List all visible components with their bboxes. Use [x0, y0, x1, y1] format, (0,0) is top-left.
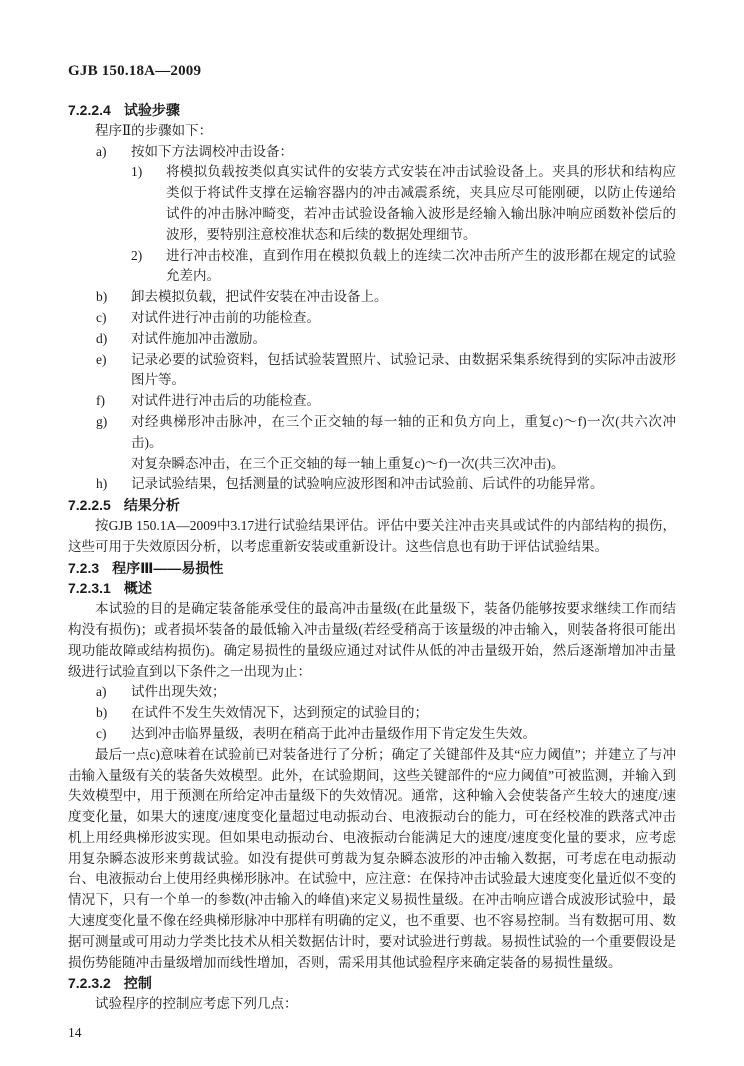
list-item-text: 记录必要的试验资料，包括试验装置照片、试验记录、由数据采集系统得到的实际冲击波形… [131, 352, 676, 388]
standard-number: GJB 150.18A—2009 [68, 62, 676, 80]
list-marker: d) [96, 329, 107, 350]
section-number: 7.2.2.5 [68, 497, 111, 513]
list-item-text: 对试件进行冲击后的功能检查。 [131, 393, 320, 408]
list-item-text: 将模拟负载按类似真实试件的安装方式安装在冲击试验设备上。夹具的形状和结构应类似于… [166, 164, 676, 241]
list-item-a-1: 1)将模拟负载按类似真实试件的安装方式安装在冲击试验设备上。夹具的形状和结构应类… [68, 162, 676, 245]
list-item-text: 在试件不发生失效情况下，达到预定的试验目的； [131, 705, 428, 720]
list-marker: a) [96, 682, 107, 703]
section-heading-7-2-3-2: 7.2.3.2控制 [68, 973, 676, 994]
list-item-f: f)对试件进行冲击后的功能检查。 [68, 391, 676, 412]
list-marker: f) [96, 391, 105, 412]
list-item-text: 对试件进行冲击前的功能检查。 [131, 310, 320, 325]
list-item-text: 对经典梯形冲击脉冲，在三个正交轴的每一轴的正和负方向上，重复c)～f)一次(共六… [131, 414, 676, 450]
paragraph-control-intro: 试验程序的控制应考虑下列几点： [68, 994, 676, 1015]
list-item-text: 卸去模拟负载，把试件安装在冲击设备上。 [131, 289, 388, 304]
list-item-h: h)记录试验结果，包括测量的试验响应波形图和冲击试验前、后试件的功能异常。 [68, 474, 676, 495]
paragraph-results-analysis: 按GJB 150.1A—2009中3.17进行试验结果评估。评估中要关注冲击夹具… [68, 516, 676, 558]
section-number: 7.2.3 [68, 560, 99, 576]
condition-item-b: b)在试件不发生失效情况下，达到预定的试验目的； [68, 703, 676, 724]
section-number: 7.2.3.1 [68, 580, 111, 596]
section-title: 控制 [124, 975, 152, 991]
list-item-text: 达到冲击临界量级，表明在稍高于此冲击量级作用下肯定发生失效。 [131, 726, 536, 741]
list-item-text: 试件出现失效； [131, 684, 226, 699]
list-marker: b) [96, 287, 107, 308]
list-item-b: b)卸去模拟负载，把试件安装在冲击设备上。 [68, 287, 676, 308]
list-marker: c) [96, 308, 107, 329]
paragraph-vulnerability: 最后一点c)意味着在试验前已对装备进行了分析；确定了关键部件及其“应力阈值”；并… [68, 745, 676, 974]
paragraph-procedure2-intro: 程序Ⅱ的步骤如下： [68, 121, 676, 142]
list-marker: a) [96, 142, 107, 163]
section-number: 7.2.2.4 [68, 102, 111, 118]
list-item-a: a)按如下方法调校冲击设备： [68, 142, 676, 163]
list-item-e: e)记录必要的试验资料，包括试验装置照片、试验记录、由数据采集系统得到的实际冲击… [68, 350, 676, 392]
section-number: 7.2.3.2 [68, 975, 111, 991]
list-marker: e) [96, 350, 107, 371]
list-marker: c) [96, 724, 107, 745]
list-item-g-continuation: 对复杂瞬态冲击，在三个正交轴的每一轴上重复c)～f)一次(共三次冲击)。 [68, 454, 676, 475]
condition-item-a: a)试件出现失效； [68, 682, 676, 703]
list-item-text: 按如下方法调校冲击设备： [131, 144, 293, 159]
list-marker: 2) [131, 246, 142, 267]
list-marker: h) [96, 474, 107, 495]
section-heading-7-2-3: 7.2.3程序Ⅲ——易损性 [68, 558, 676, 579]
section-title: 程序Ⅲ——易损性 [112, 560, 223, 576]
page-number: 14 [68, 1024, 676, 1042]
list-item-a-2: 2)进行冲击校准，直到作用在模拟负载上的连续二次冲击所产生的波形都在规定的试验允… [68, 246, 676, 288]
condition-item-c: c)达到冲击临界量级，表明在稍高于此冲击量级作用下肯定发生失效。 [68, 724, 676, 745]
list-item-text: 对试件施加冲击激励。 [131, 331, 266, 346]
list-marker: b) [96, 703, 107, 724]
section-title: 试验步骤 [124, 102, 180, 118]
list-item-d: d)对试件施加冲击激励。 [68, 329, 676, 350]
list-marker: g) [96, 412, 107, 433]
section-heading-7-2-2-5: 7.2.2.5结果分析 [68, 495, 676, 516]
document-page: GJB 150.18A—2009 7.2.2.4试验步骤 程序Ⅱ的步骤如下： a… [0, 0, 744, 1066]
list-marker: 1) [131, 162, 142, 183]
section-heading-7-2-3-1: 7.2.3.1概述 [68, 578, 676, 599]
list-item-c: c)对试件进行冲击前的功能检查。 [68, 308, 676, 329]
list-item-g: g)对经典梯形冲击脉冲，在三个正交轴的每一轴的正和负方向上，重复c)～f)一次(… [68, 412, 676, 454]
paragraph-overview: 本试验的目的是确定装备能承受住的最高冲击量级(在此量级下，装备仍能够按要求继续工… [68, 599, 676, 682]
section-title: 结果分析 [124, 497, 180, 513]
list-item-text: 记录试验结果，包括测量的试验响应波形图和冲击试验前、后试件的功能异常。 [131, 476, 604, 491]
list-item-text: 进行冲击校准，直到作用在模拟负载上的连续二次冲击所产生的波形都在规定的试验允差内… [166, 248, 676, 284]
section-heading-7-2-2-4: 7.2.2.4试验步骤 [68, 100, 676, 121]
section-title: 概述 [124, 580, 152, 596]
